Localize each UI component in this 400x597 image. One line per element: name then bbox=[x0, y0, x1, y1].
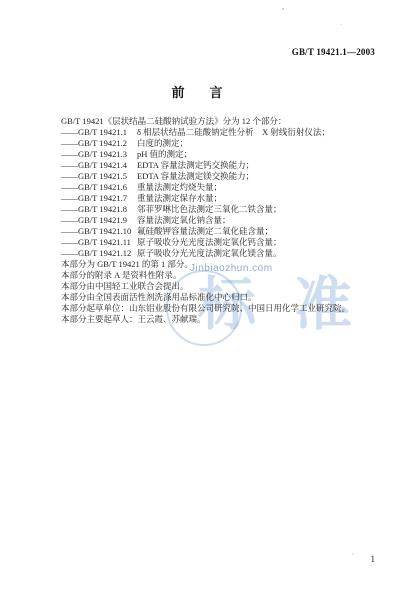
standard-part-item: ——GB/T 19421.11原子吸收分光光度法测定氧化钙含量； bbox=[61, 237, 379, 248]
part-description: EDTA 容量法测定镁交换能力； bbox=[137, 171, 254, 182]
part-description: 重量法测定灼烧失量； bbox=[137, 182, 222, 193]
standard-part-item: ——GB/T 19421.9容量法测定氧化钠含量； bbox=[61, 215, 379, 226]
part-number: ——GB/T 19421.10 bbox=[61, 226, 137, 237]
page-number: 1 bbox=[371, 554, 376, 564]
standard-part-item: ——GB/T 19421.4EDTA 容量法测定钙交换能力； bbox=[61, 160, 379, 171]
part-number: ——GB/T 19421.7 bbox=[61, 193, 137, 204]
part-number: ——GB/T 19421.2 bbox=[61, 138, 137, 149]
part-description: δ 相层状结晶二硅酸钠定性分析 X 射线衍射仪法； bbox=[137, 127, 330, 138]
body-text: GB/T 19421《层状结晶二硅酸钠试验方法》分为 12 个部分： ——GB/… bbox=[61, 116, 379, 325]
standard-part-item: ——GB/T 19421.10氟硅酸钾容量法测定二氧化硅含量； bbox=[61, 226, 379, 237]
standard-code: GB/T 19421.1—2003 bbox=[292, 47, 375, 57]
part-description: 邻菲罗啉比色法测定三氧化二铁含量； bbox=[137, 204, 282, 215]
foreword-paragraph: 本部分主要起草人：王云霞、苏献瑞。 bbox=[61, 314, 379, 325]
standard-part-item: ——GB/T 19421.12原子吸收分光光度法测定氧化镁含量。 bbox=[61, 248, 379, 259]
document-page: GB/T 19421.1—2003 前 言 Jinbiaozhun.com 标准… bbox=[0, 0, 400, 597]
scan-speck bbox=[352, 553, 354, 555]
part-number: ——GB/T 19421.5 bbox=[61, 171, 137, 182]
part-number: ——GB/T 19421.8 bbox=[61, 204, 137, 215]
scan-speck bbox=[282, 8, 284, 10]
standard-part-item: ——GB/T 19421.8邻菲罗啉比色法测定三氧化二铁含量； bbox=[61, 204, 379, 215]
part-description: pH 值的测定； bbox=[137, 149, 192, 160]
standard-part-item: ——GB/T 19421.1δ 相层状结晶二硅酸钠定性分析 X 射线衍射仪法； bbox=[61, 127, 379, 138]
part-number: ——GB/T 19421.3 bbox=[61, 149, 137, 160]
part-number: ——GB/T 19421.1 bbox=[61, 127, 137, 138]
part-description: 重量法测定保存水量； bbox=[137, 193, 222, 204]
page-title: 前 言 bbox=[0, 82, 400, 101]
scan-speck bbox=[340, 24, 342, 25]
part-number: ——GB/T 19421.11 bbox=[61, 237, 137, 248]
standard-part-item: ——GB/T 19421.5EDTA 容量法测定镁交换能力； bbox=[61, 171, 379, 182]
part-number: ——GB/T 19421.4 bbox=[61, 160, 137, 171]
part-number: ——GB/T 19421.9 bbox=[61, 215, 137, 226]
part-description: 氟硅酸钾容量法测定二氧化硅含量； bbox=[137, 226, 273, 237]
part-description: 原子吸收分光光度法测定氧化镁含量。 bbox=[137, 248, 282, 259]
part-number: ——GB/T 19421.6 bbox=[61, 182, 137, 193]
closing-paragraphs: 本部分为 GB/T 19421 的第 1 部分。本部分的附录 A 是资料性附录。… bbox=[61, 259, 379, 325]
part-description: 原子吸收分光光度法测定氧化钙含量； bbox=[137, 237, 282, 248]
foreword-paragraph: 本部分由全国表面活性剂洗涤用品标准化中心归口。 bbox=[61, 292, 379, 303]
part-description: 容量法测定氧化钠含量； bbox=[137, 215, 231, 226]
intro-paragraph: GB/T 19421《层状结晶二硅酸钠试验方法》分为 12 个部分： bbox=[61, 116, 379, 127]
foreword-paragraph: 本部分的附录 A 是资料性附录。 bbox=[61, 270, 379, 281]
standard-part-item: ——GB/T 19421.7重量法测定保存水量； bbox=[61, 193, 379, 204]
standard-part-item: ——GB/T 19421.2白度的测定； bbox=[61, 138, 379, 149]
foreword-paragraph: 本部分由中国轻工业联合会提出。 bbox=[61, 281, 379, 292]
parts-list: ——GB/T 19421.1δ 相层状结晶二硅酸钠定性分析 X 射线衍射仪法；—… bbox=[61, 127, 379, 259]
part-description: EDTA 容量法测定钙交换能力； bbox=[137, 160, 254, 171]
part-description: 白度的测定； bbox=[137, 138, 188, 149]
foreword-paragraph: 本部分为 GB/T 19421 的第 1 部分。 bbox=[61, 259, 379, 270]
standard-part-item: ——GB/T 19421.3pH 值的测定； bbox=[61, 149, 379, 160]
part-number: ——GB/T 19421.12 bbox=[61, 248, 137, 259]
standard-part-item: ——GB/T 19421.6重量法测定灼烧失量； bbox=[61, 182, 379, 193]
foreword-paragraph: 本部分起草单位：山东铝业股份有限公司研究院、中国日用化学工业研究院。 bbox=[61, 303, 379, 314]
